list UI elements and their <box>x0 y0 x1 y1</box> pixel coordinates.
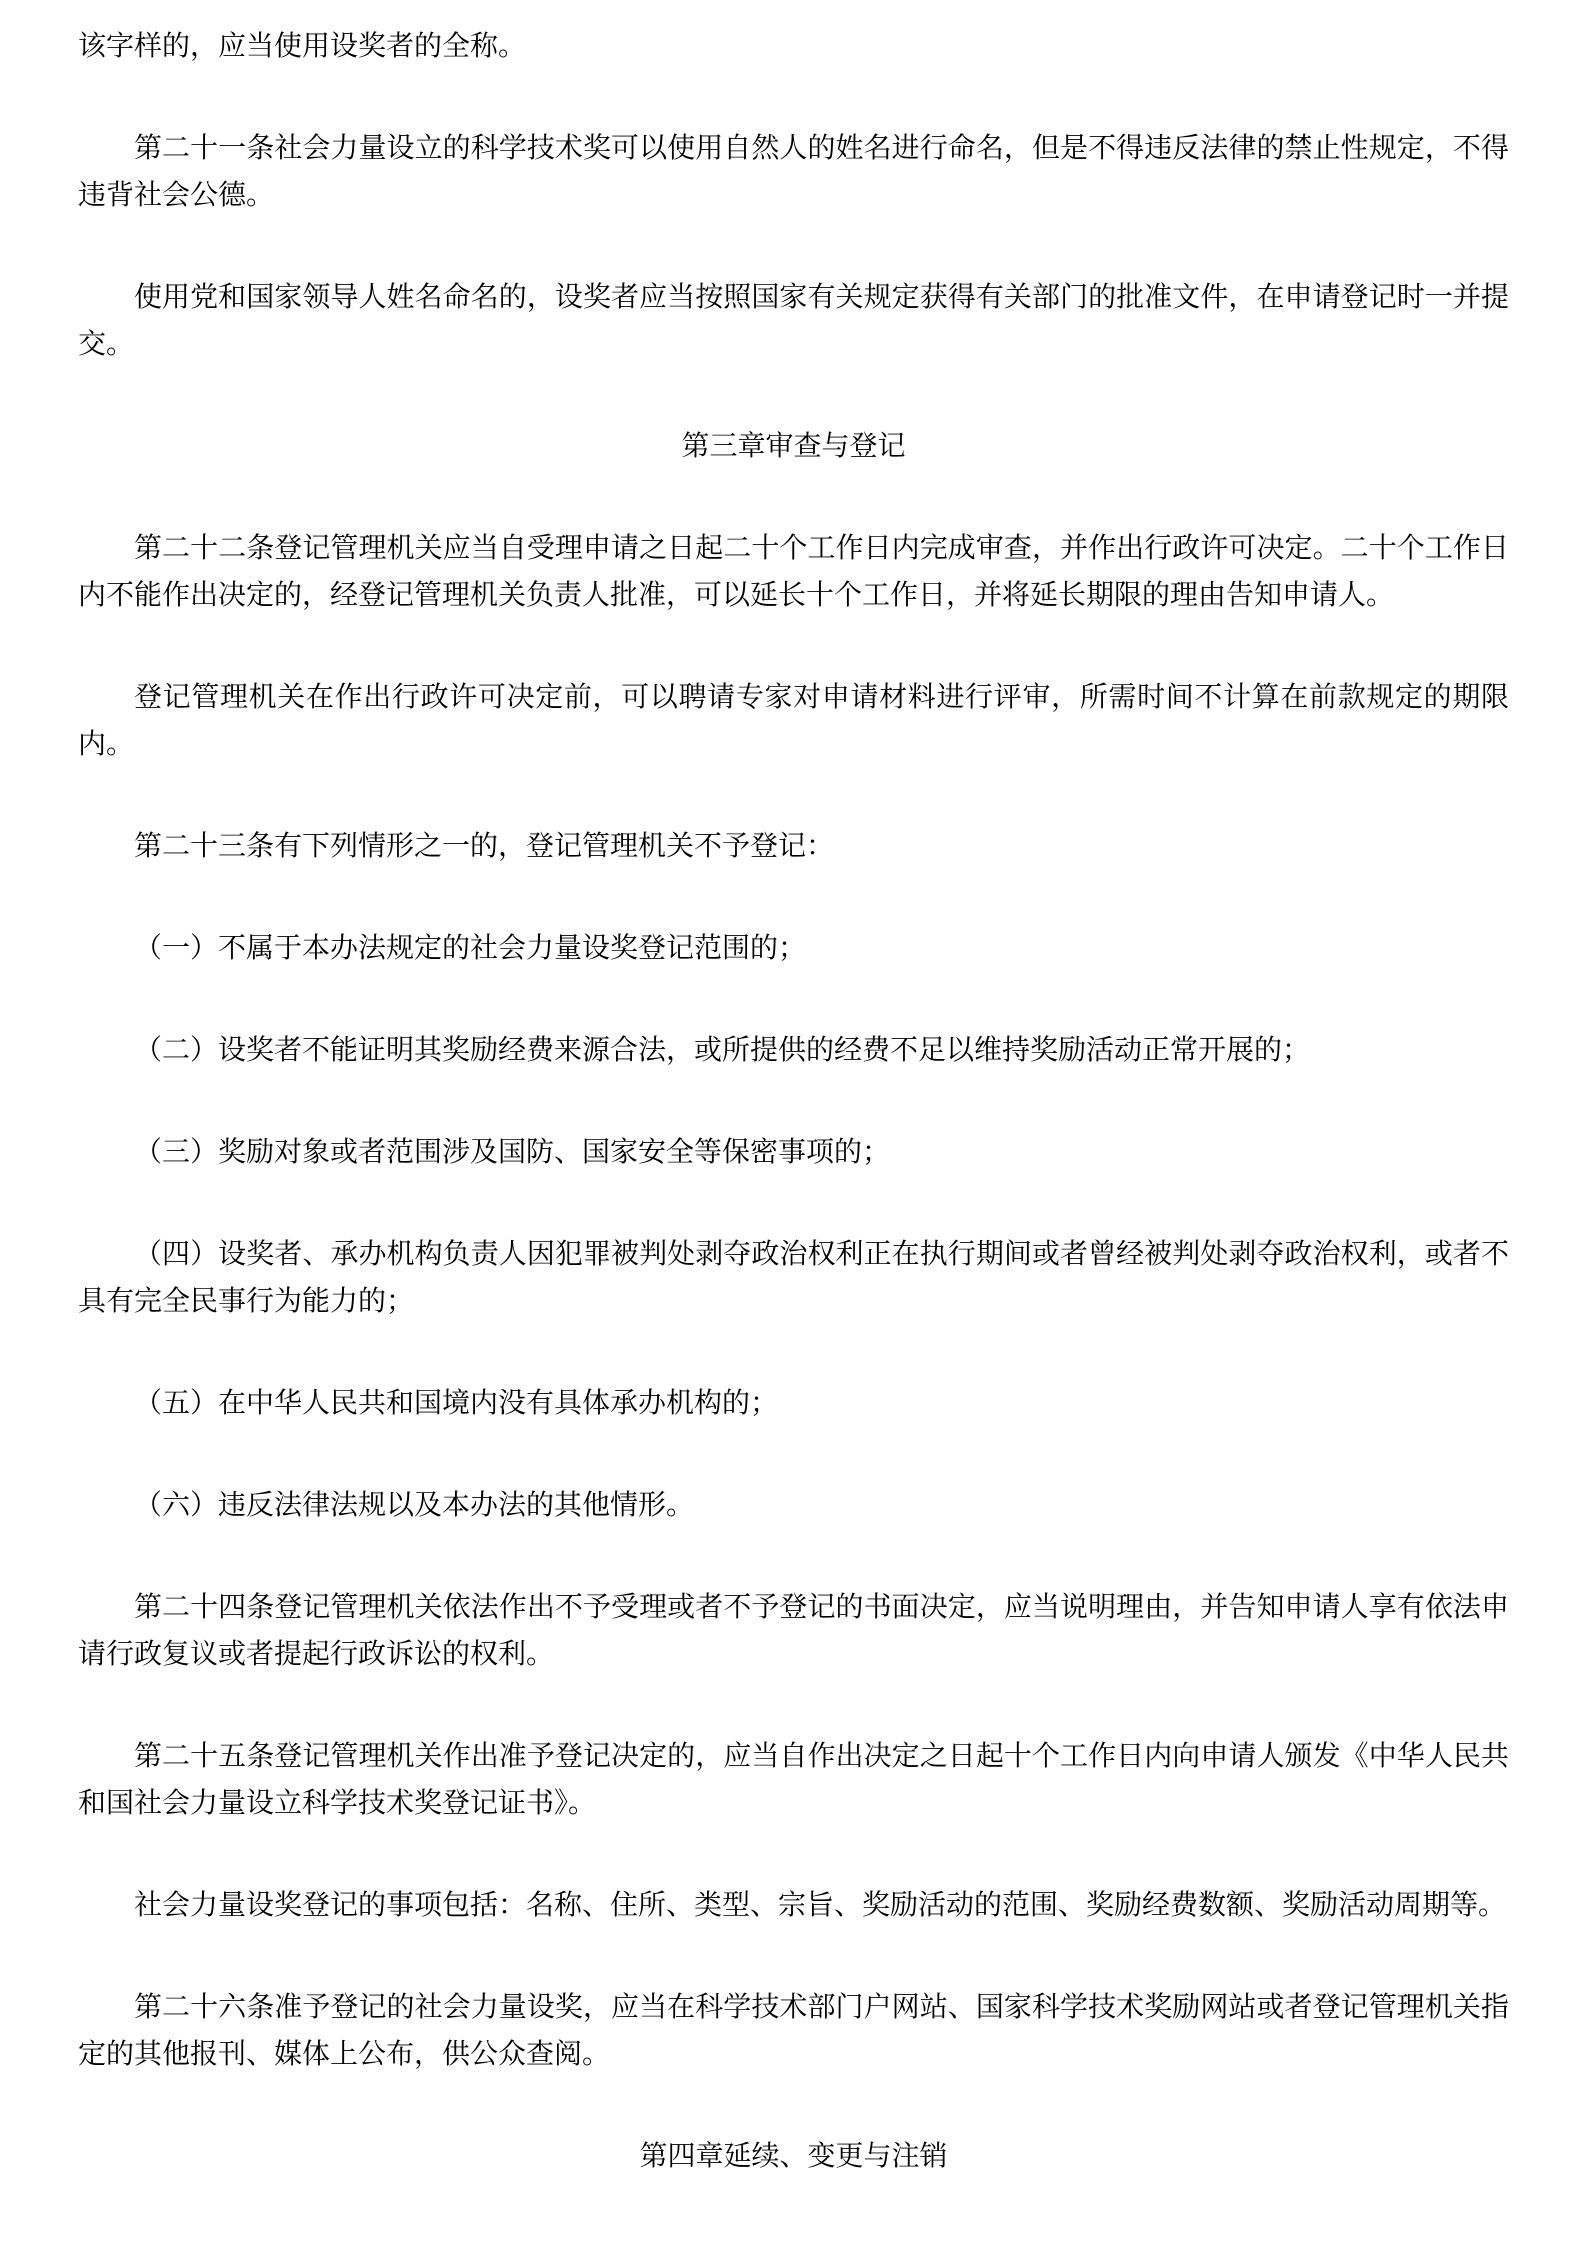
body-paragraph: 登记管理机关在作出行政许可决定前，可以聘请专家对申请材料进行评审，所需时间不计算… <box>78 674 1509 768</box>
body-paragraph: （三）奖励对象或者范围涉及国防、国家安全等保密事项的； <box>78 1129 1509 1176</box>
body-paragraph: 第二十二条登记管理机关应当自受理申请之日起二十个工作日内完成审查，并作出行政许可… <box>78 525 1509 619</box>
body-paragraph: 使用党和国家领导人姓名命名的，设奖者应当按照国家有关规定获得有关部门的批准文件，… <box>78 274 1509 368</box>
body-paragraph: （四）设奖者、承办机构负责人因犯罪被判处剥夺政治权利正在执行期间或者曾经被判处剥… <box>78 1231 1509 1325</box>
document-page: 该字样的，应当使用设奖者的全称。第二十一条社会力量设立的科学技术奖可以使用自然人… <box>0 0 1587 2245</box>
body-paragraph: 第二十一条社会力量设立的科学技术奖可以使用自然人的姓名进行命名，但是不得违反法律… <box>78 125 1509 219</box>
body-paragraph: 第二十五条登记管理机关作出准予登记决定的，应当自作出决定之日起十个工作日内向申请… <box>78 1733 1509 1827</box>
body-paragraph: （六）违反法律法规以及本办法的其他情形。 <box>78 1482 1509 1529</box>
body-paragraph: 第二十三条有下列情形之一的，登记管理机关不予登记： <box>78 823 1509 870</box>
body-paragraph: 社会力量设奖登记的事项包括：名称、住所、类型、宗旨、奖励活动的范围、奖励经费数额… <box>78 1882 1509 1929</box>
body-paragraph: （二）设奖者不能证明其奖励经费来源合法，或所提供的经费不足以维持奖励活动正常开展… <box>78 1027 1509 1074</box>
chapter-heading: 第三章审查与登记 <box>78 423 1509 470</box>
chapter-heading: 第四章延续、变更与注销 <box>78 2133 1509 2180</box>
continuation-paragraph: 该字样的，应当使用设奖者的全称。 <box>78 23 1509 70</box>
body-paragraph: （五）在中华人民共和国境内没有具体承办机构的； <box>78 1380 1509 1427</box>
body-paragraph: 第二十四条登记管理机关依法作出不予受理或者不予登记的书面决定，应当说明理由，并告… <box>78 1584 1509 1678</box>
body-paragraph: （一）不属于本办法规定的社会力量设奖登记范围的； <box>78 925 1509 972</box>
body-paragraph: 第二十六条准予登记的社会力量设奖，应当在科学技术部门户网站、国家科学技术奖励网站… <box>78 1984 1509 2078</box>
